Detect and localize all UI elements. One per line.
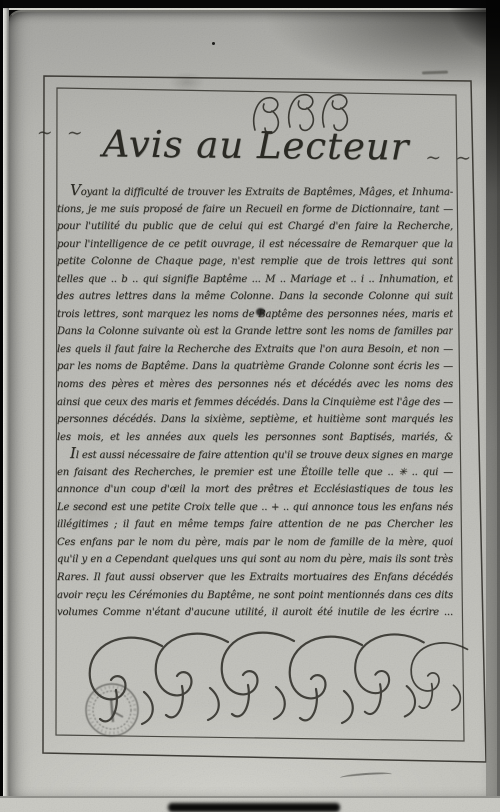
manuscript-line: personnes décédés. Dans la sixième, sept… xyxy=(57,411,453,429)
manuscript-line: en faisant des Recherches, le premier es… xyxy=(57,464,453,482)
manuscript-line: Le second est une petite Croix telle que… xyxy=(57,499,453,517)
manuscript-line: pour l'intelligence de ce petit ouvrage,… xyxy=(57,236,453,254)
manuscript-line: telles que .. b .. qui signifie Baptême … xyxy=(57,271,453,289)
title-decor-left: ∼ ∼ xyxy=(37,122,87,145)
manuscript-line: les quels il faut faire la Recherche des… xyxy=(57,341,453,359)
manuscript-line: volumes Comme n'étant d'aucune utilité, … xyxy=(57,604,453,622)
manuscript-text: Voyant la difficulté de trouver les Extr… xyxy=(57,183,453,625)
manuscript-line: Voyant la difficulté de trouver les Extr… xyxy=(57,183,453,201)
manuscript-line: des autres lettres dans la même Colonne.… xyxy=(57,288,453,306)
title-block: ∼ ∼ Avis au Lecteur ∼ ∼ xyxy=(58,110,455,180)
manuscript-line: trois lettres, sont marquez les noms de … xyxy=(57,306,453,324)
manuscript-line: les mois, et les années aux quels les pe… xyxy=(57,429,453,447)
manuscript-line: annonce d'un coup d'œil la mort des prêt… xyxy=(57,481,453,499)
manuscript-line: Il est aussi nécessaire de faire attenti… xyxy=(57,446,453,464)
manuscript-line: par les noms de Baptême. Dans la quatriè… xyxy=(57,358,453,376)
manuscript-line: Rares. Il faut aussi observer que les Ex… xyxy=(57,569,453,587)
manuscript-line: noms des pères et mères des personnes né… xyxy=(57,376,453,394)
scanned-manuscript-photo: ∼ ∼ Avis au Lecteur ∼ ∼ Voyant la diffic… xyxy=(0,0,500,812)
manuscript-line: Ces enfans par le nom du père, mais par … xyxy=(57,534,453,552)
manuscript-line: pour l'utilité du public que de celui qu… xyxy=(57,218,453,236)
page-title: Avis au Lecteur xyxy=(102,122,409,168)
bottom-flourish-icon xyxy=(90,633,468,724)
manuscript-line: illégitimes ; il faut en même temps fair… xyxy=(57,516,453,534)
title-decor-right: ∼ ∼ xyxy=(425,147,475,170)
manuscript-line: tions, je me suis proposé de faire un Re… xyxy=(57,201,453,219)
manuscript-line: qu'il y en a Cependant quelques uns qui … xyxy=(57,551,453,569)
manuscript-line: Dans la Colonne suivante où est la Grand… xyxy=(57,323,453,341)
manuscript-line: ainsi que ceux des maris et femmes décéd… xyxy=(57,394,453,412)
archive-stamp xyxy=(86,684,138,736)
manuscript-line: petite Colonne de Chaque page, n'est rem… xyxy=(57,253,453,271)
manuscript-line: avoir reçu les Cérémonies du Baptême, ne… xyxy=(57,587,453,605)
